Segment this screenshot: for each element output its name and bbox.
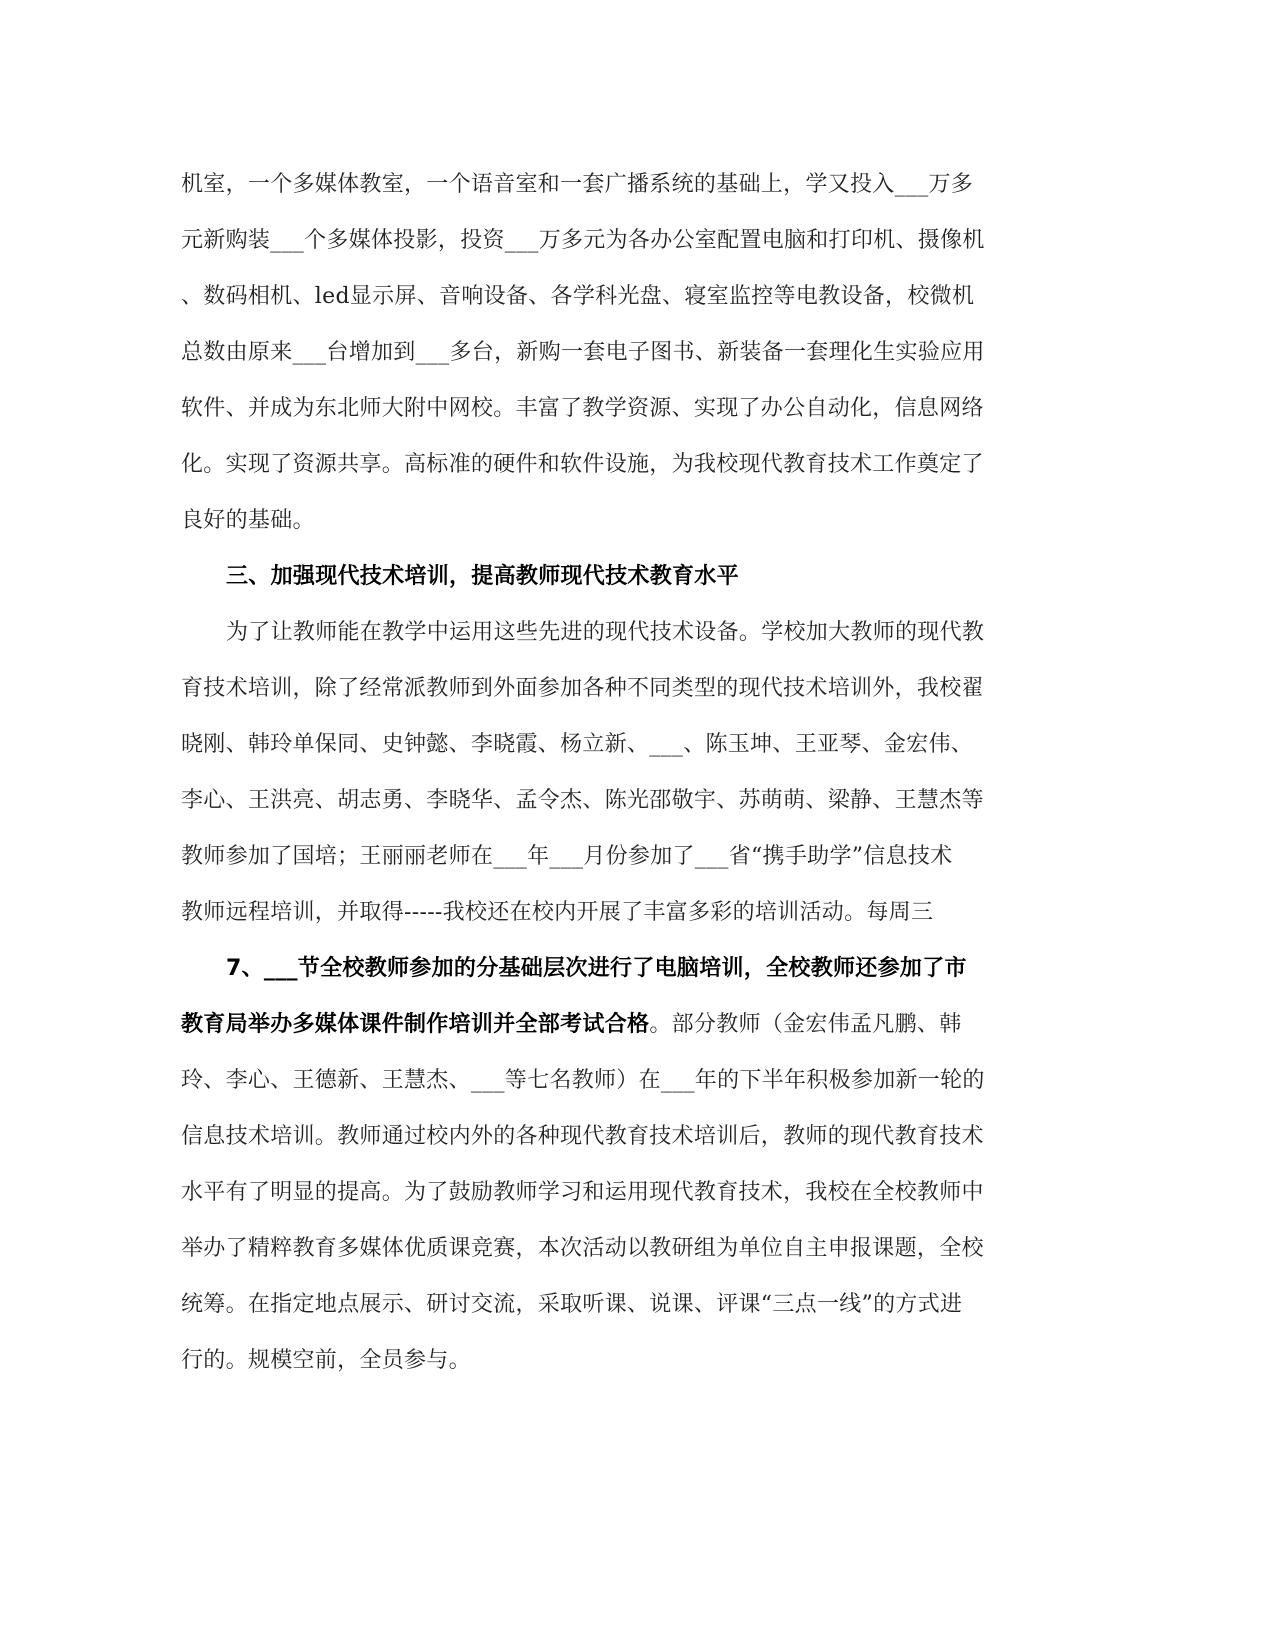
section-heading: 三、加强现代技术培训，提高教师现代技术教育水平	[226, 562, 1106, 592]
body-line: 良好的基础。	[181, 506, 1061, 536]
body-line: 为了让教师能在教学中运用这些先进的现代技术设备。学校加大教师的现代教	[226, 618, 1106, 648]
body-line: 统筹。在指定地点展示、研讨交流，采取听课、说课、评课“三点一线”的方式进	[181, 1290, 1061, 1320]
body-line: 元新购装___个多媒体投影，投资___万多元为各办公室配置电脑和打印机、摄像机	[181, 226, 1061, 256]
document-page: 机室，一个多媒体教室，一个语音室和一套广播系统的基础上，学又投入___万多 元新…	[0, 0, 1275, 1650]
body-line: 玲、李心、王德新、王慧杰、___等七名教师）在___年的下半年积极参加新一轮的	[181, 1066, 1061, 1096]
body-line: 信息技术培训。教师通过校内外的各种现代教育技术培训后，教师的现代教育技术	[181, 1122, 1061, 1152]
bold-paragraph-line: 7、___节全校教师参加的分基础层次进行了电脑培训，全校教师还参加了市	[226, 954, 1106, 984]
body-line: 水平有了明显的提高。为了鼓励教师学习和运用现代教育技术，我校在全校教师中	[181, 1178, 1061, 1208]
body-line: 教师远程培训，并取得-----我校还在校内开展了丰富多彩的培训活动。每周三	[181, 898, 1061, 928]
body-text: 。部分教师（金宏伟孟凡鹏、韩	[649, 1012, 961, 1037]
body-line: 化。实现了资源共享。高标准的硬件和软件设施，为我校现代教育技术工作奠定了	[181, 450, 1061, 480]
body-line: 教师参加了国培；王丽丽老师在___年___月份参加了___省“携手助学”信息技术	[181, 842, 1061, 872]
body-line: 举办了精粹教育多媒体优质课竞赛，本次活动以教研组为单位自主申报课题，全校	[181, 1234, 1061, 1264]
body-line: 、数码相机、led显示屏、音响设备、各学科光盘、寝室监控等电教设备，校微机	[181, 282, 1061, 312]
body-line: 晓刚、韩玲单保同、史钟懿、李晓霞、杨立新、___、陈玉坤、王亚琴、金宏伟、	[181, 730, 1061, 760]
mixed-line: 教育局举办多媒体课件制作培训并全部考试合格。部分教师（金宏伟孟凡鹏、韩	[181, 1010, 1061, 1040]
body-line: 李心、王洪亮、胡志勇、李晓华、孟令杰、陈光邵敬宇、苏萌萌、梁静、王慧杰等	[181, 786, 1061, 816]
body-line: 机室，一个多媒体教室，一个语音室和一套广播系统的基础上，学又投入___万多	[181, 170, 1061, 200]
body-line: 总数由原来___台增加到___多台，新购一套电子图书、新装备一套理化生实验应用	[181, 338, 1061, 368]
body-line: 行的。规模空前，全员参与。	[181, 1346, 1061, 1376]
body-line: 育技术培训，除了经常派教师到外面参加各种不同类型的现代技术培训外，我校翟	[181, 674, 1061, 704]
bold-text: 教育局举办多媒体课件制作培训并全部考试合格	[181, 1012, 649, 1037]
body-line: 软件、并成为东北师大附中网校。丰富了教学资源、实现了办公自动化，信息网络	[181, 394, 1061, 424]
